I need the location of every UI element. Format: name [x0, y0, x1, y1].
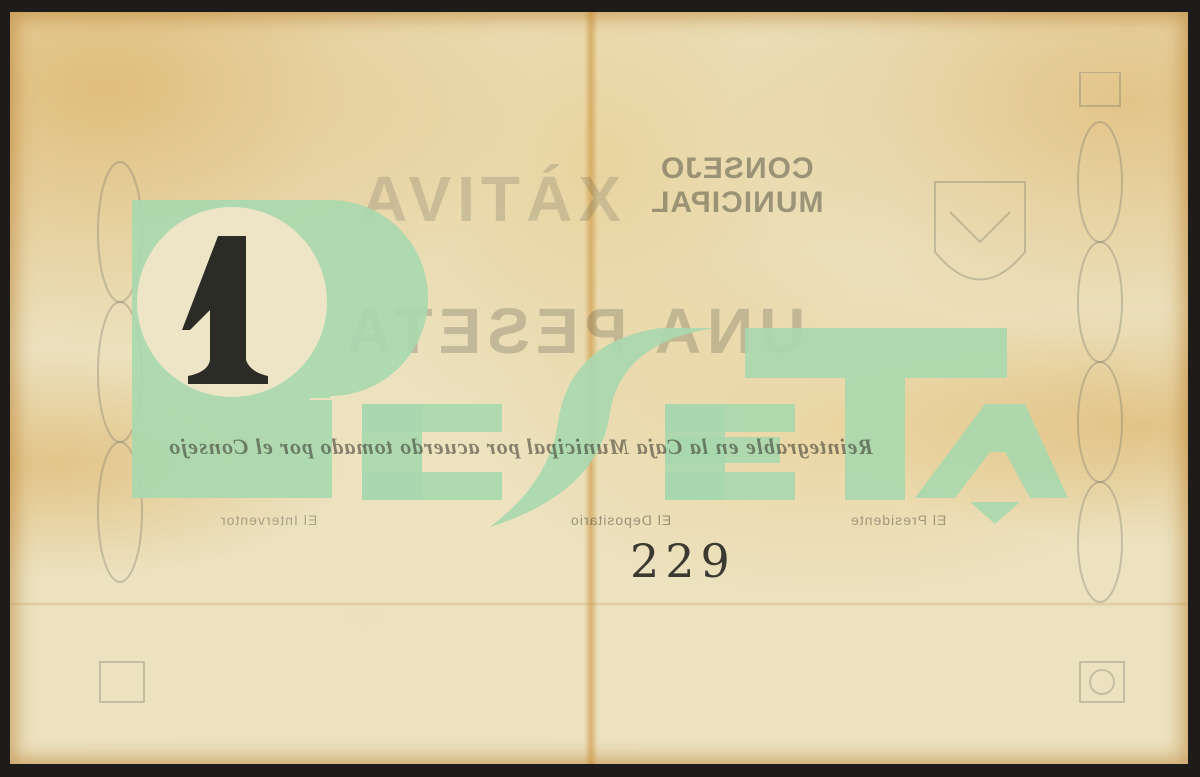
serial-number: 229 — [630, 534, 736, 588]
show-through-signature-3: El Presidente — [850, 512, 946, 528]
banknote: XÀTIVA CONSEJO MUNICIPAL UNA PESETA Rein… — [10, 12, 1188, 764]
show-through-signature-1: El Interventor — [220, 512, 317, 528]
show-through-signature-2: El Depositario — [570, 512, 671, 528]
denomination-numeral-1 — [160, 220, 340, 400]
show-through-legend: Reintegrable en la Caja Municipal por ac… — [168, 434, 873, 460]
